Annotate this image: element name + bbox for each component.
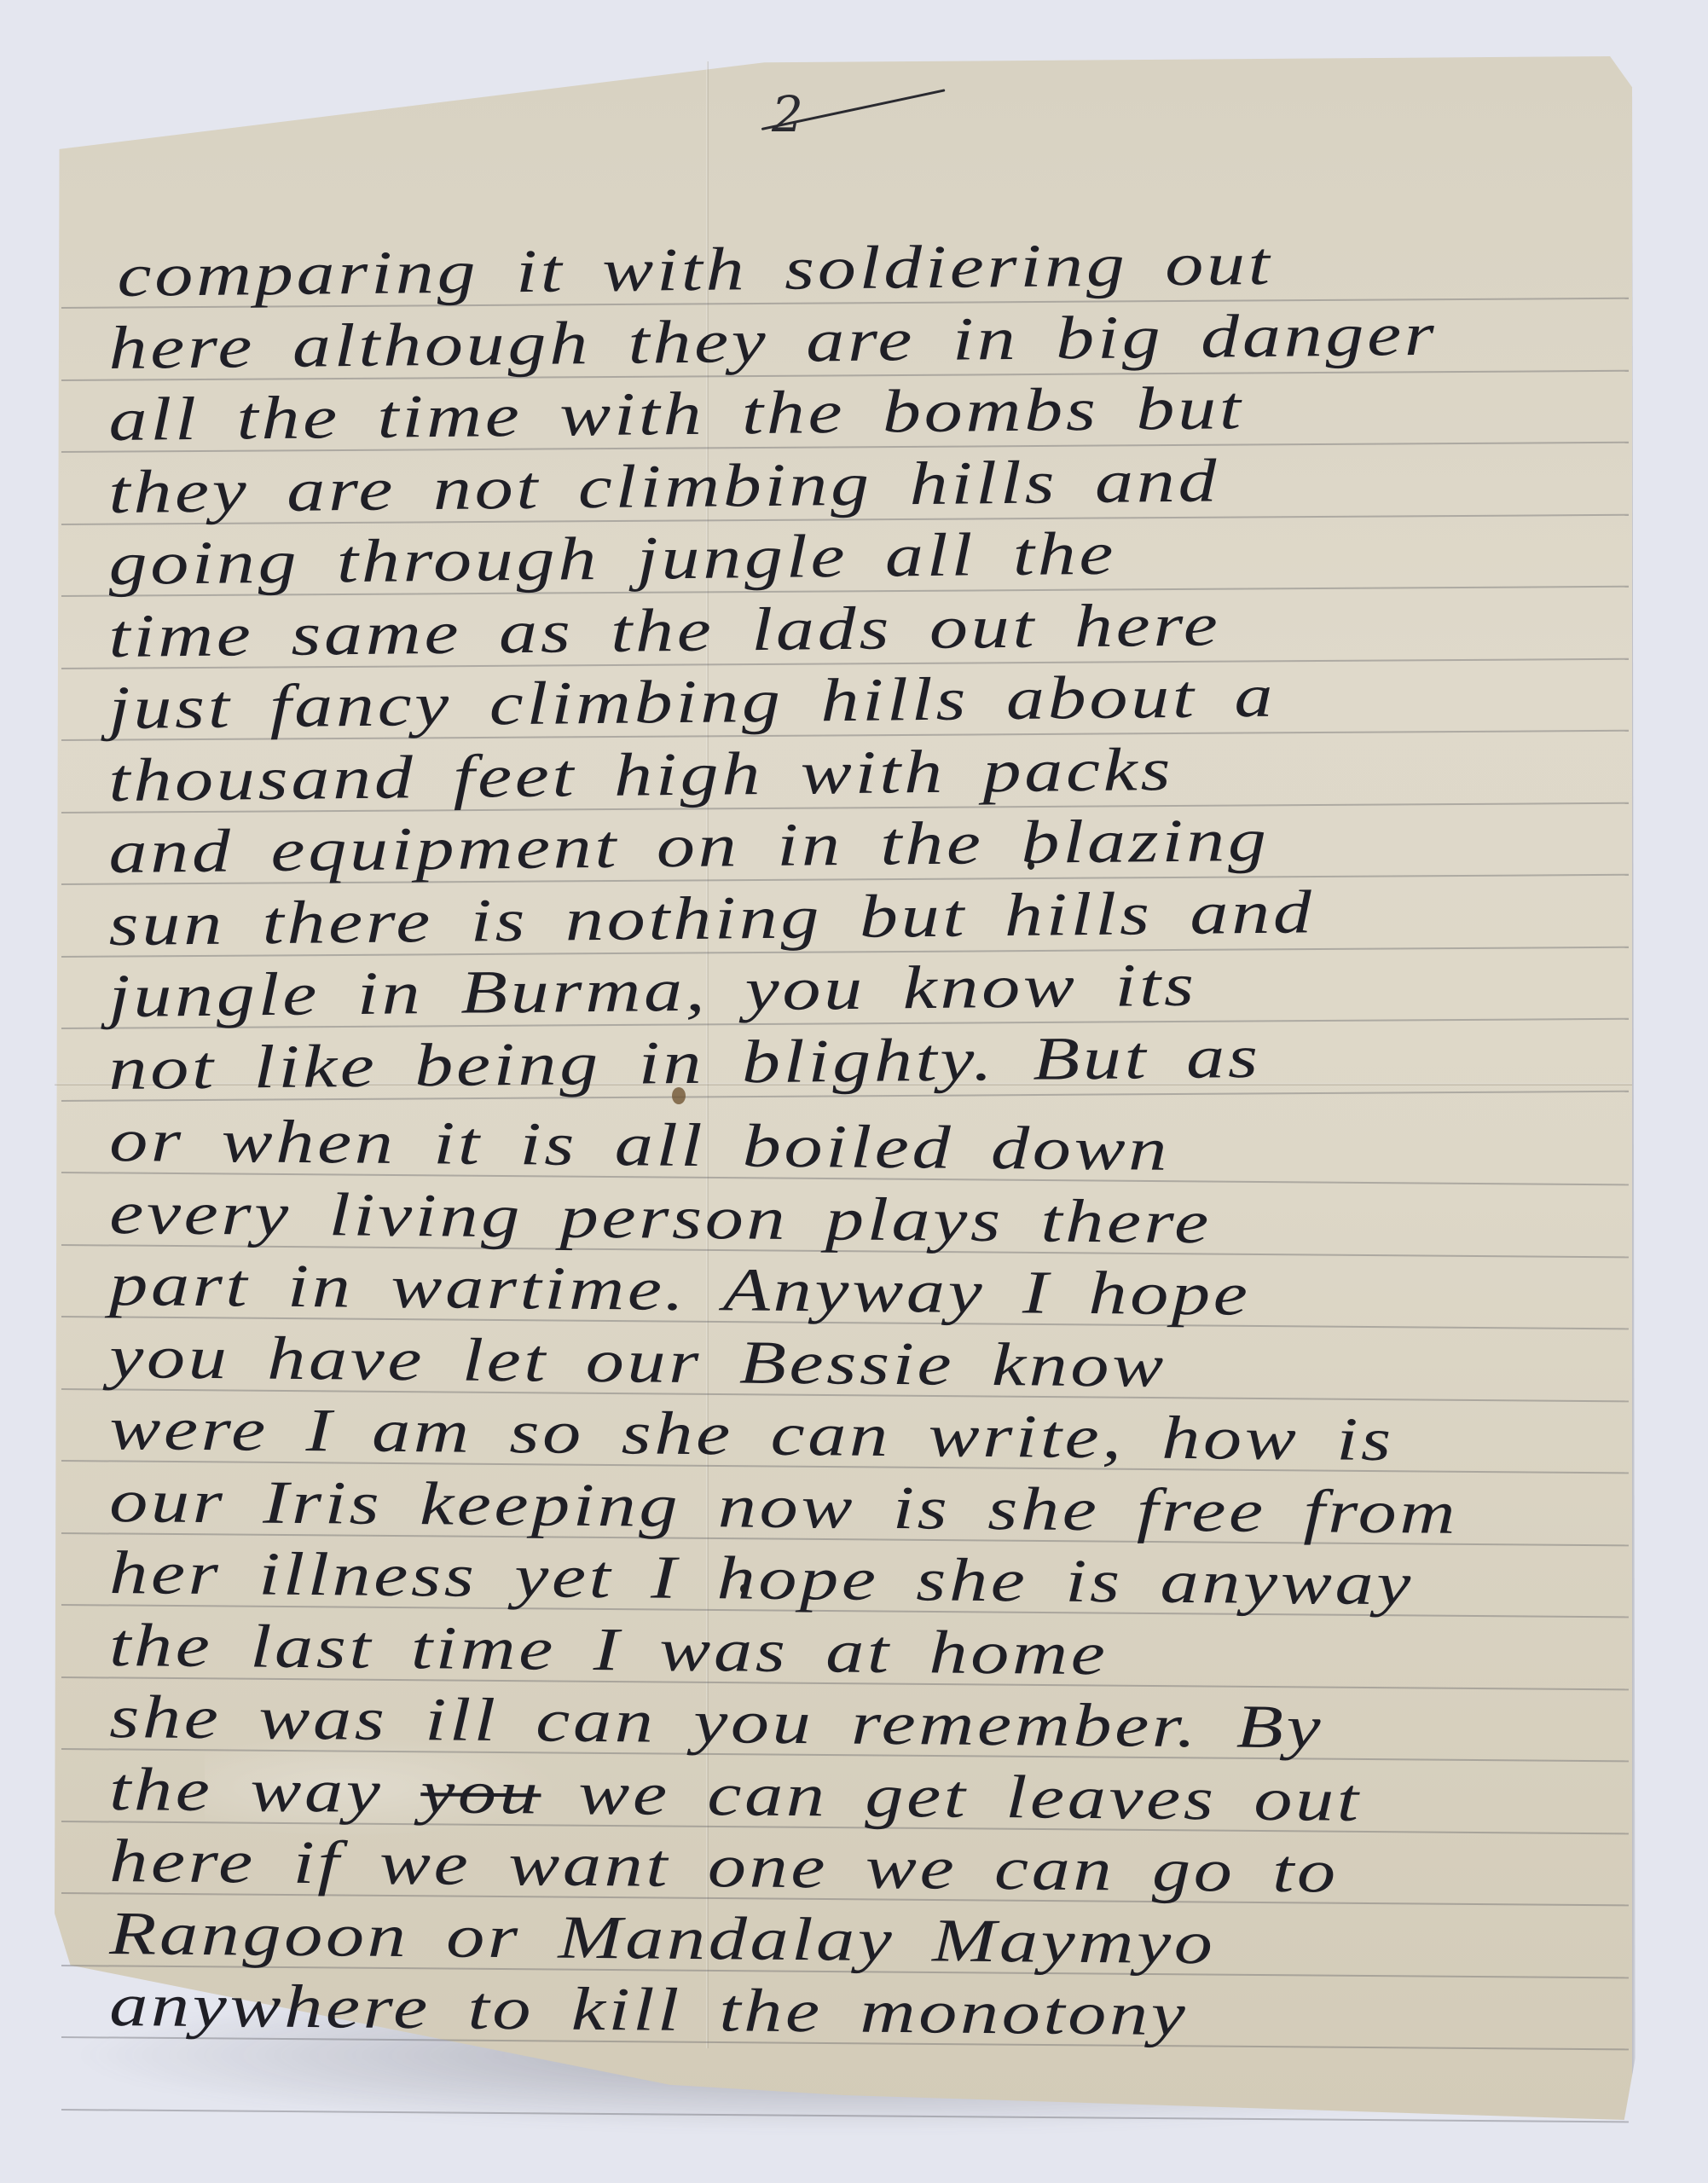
letter-line: comparing it with soldiering out bbox=[117, 229, 1273, 311]
letter-line: thousand feet high with packs bbox=[108, 733, 1173, 815]
line-text-after: we can get leaves out bbox=[541, 1758, 1362, 1833]
letter-line: going through jungle all the bbox=[108, 518, 1116, 599]
letter-line: and equipment on in the blazing bbox=[108, 805, 1270, 888]
letter-line: the last time I was at home bbox=[109, 1610, 1109, 1689]
ink-dot bbox=[1028, 861, 1034, 870]
letter-line: part in wartime. Anyway I hope bbox=[109, 1249, 1251, 1330]
letter-line: our Iris keeping now is she free from bbox=[109, 1466, 1459, 1549]
letter-line: every living person plays there bbox=[109, 1178, 1212, 1258]
letter-line: here if we want one we can go to bbox=[109, 1826, 1339, 1908]
line-text-before: the way bbox=[109, 1755, 421, 1826]
letter-line: jungle in Burma, you know its bbox=[108, 950, 1197, 1032]
letter-line-with-strikethrough: the way you we can get leaves out bbox=[109, 1754, 1362, 1836]
letter-line: Rangoon or Mandalay Maymyo bbox=[109, 1898, 1216, 1978]
letter-line: sun there is nothing but hills and bbox=[108, 877, 1315, 960]
letter-line: were I am so she can write, how is bbox=[109, 1393, 1394, 1475]
letter-line: just fancy climbing hills about a bbox=[108, 661, 1276, 744]
page-number: 2 bbox=[772, 85, 803, 143]
letter-line: all the time with the bombs but bbox=[108, 373, 1244, 455]
letter-line: you have let our Bessie know bbox=[109, 1322, 1167, 1402]
letter-line: anywhere to kill the monotony bbox=[109, 1970, 1189, 2050]
struck-out-word: you bbox=[420, 1757, 541, 1827]
rust-stain bbox=[672, 1087, 686, 1104]
letter-line: here although they are in big danger bbox=[108, 298, 1438, 383]
letter-line: they are not climbing hills and bbox=[108, 445, 1220, 528]
letter-line: time same as the lads out here bbox=[108, 589, 1221, 672]
letter-line: her illness yet I hope she is anyway bbox=[109, 1537, 1414, 1619]
letter-line: she was ill can you remember. By bbox=[109, 1682, 1324, 1763]
ink-dot bbox=[740, 1584, 747, 1593]
letter-line: or when it is all boiled down bbox=[109, 1105, 1170, 1185]
